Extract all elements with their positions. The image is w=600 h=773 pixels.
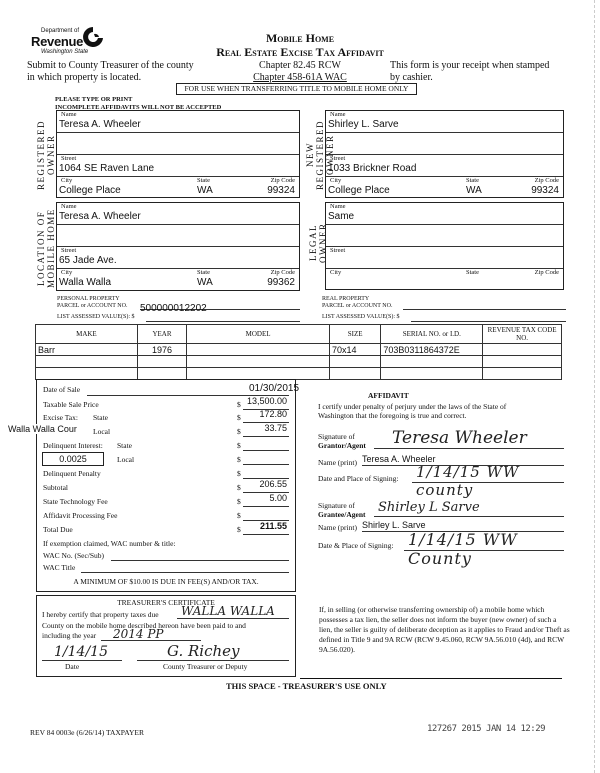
form-title-line2: Real Estate Excise Tax Affidavit xyxy=(180,45,420,60)
col-size: SIZE xyxy=(329,325,380,344)
cell-revenue-code[interactable] xyxy=(483,344,562,356)
minimum-due-note: A MINIMUM OF $10.00 IS DUE IN FEE(S) AND… xyxy=(37,577,295,586)
for-use-banner: FOR USE WHEN TRANSFERRING TITLE TO MOBIL… xyxy=(176,83,417,95)
cell-make[interactable]: Barr xyxy=(36,344,138,356)
col-make: MAKE xyxy=(36,325,138,344)
delinquent-penalty-field[interactable] xyxy=(243,469,289,479)
grantor-signature-label: Signature of Grantor/Agent xyxy=(318,432,366,450)
affidavit-title: AFFIDAVIT xyxy=(368,391,409,400)
registered-owner-box: Name Teresa A. Wheeler Street 1064 SE Ra… xyxy=(56,110,300,198)
delinquent-interest-local-field[interactable] xyxy=(243,455,289,465)
county-name-overlay: Walla Walla Cour xyxy=(8,424,77,434)
grantee-signature-label: Signature of Grantee/Agent xyxy=(318,501,366,519)
grantor-date-field[interactable]: 1/14/15 WW county xyxy=(412,466,564,483)
personal-assessed-label: LIST ASSESSED VALUE(S): $ xyxy=(57,314,135,321)
col-year: YEAR xyxy=(137,325,186,344)
treasurers-certificate-box: TREASURER'S CERTIFICATE I hereby certify… xyxy=(36,595,296,677)
form-id: REV 84 0003e (6/26/14) TAXPAYER xyxy=(30,728,144,737)
location-street[interactable]: 65 Jade Ave. xyxy=(59,255,117,266)
grantor-date-label: Date and Place of Signing: xyxy=(318,474,398,483)
grantor-name-label: Name (print) xyxy=(318,458,357,467)
chapter-references: Chapter 82.45 RCW Chapter 458-61A WAC xyxy=(240,60,360,84)
new-owner-street[interactable]: 1033 Brickner Road xyxy=(328,163,416,174)
location-section-label: LOCATION OFMOBILE HOME xyxy=(36,203,56,293)
personal-property-parcel-field[interactable]: 500000012202 xyxy=(140,298,300,310)
cell-model[interactable] xyxy=(187,356,330,368)
table-row: Barr 1976 70x14 703B0311864372E xyxy=(36,344,562,356)
tax-lien-warning: If, in selling (or otherwise transferrin… xyxy=(319,605,571,655)
registered-owner-street[interactable]: 1064 SE Raven Lane xyxy=(59,163,154,174)
location-name[interactable]: Teresa A. Wheeler xyxy=(59,211,141,222)
excise-local-value[interactable]: 33.75 xyxy=(264,423,287,433)
state-tech-fee-label: State Technology Fee xyxy=(43,497,108,506)
revenue-logo: Department of Revenue Washington State xyxy=(27,26,107,60)
grantor-signature: Teresa Wheeler xyxy=(392,428,527,448)
new-owner-name[interactable]: Shirley L. Sarve xyxy=(328,119,399,130)
exemption-label: If exemption claimed, WAC number & title… xyxy=(43,539,176,548)
subtotal-value[interactable]: 206.55 xyxy=(259,479,287,489)
total-due-label: Total Due xyxy=(43,525,73,534)
grantee-date-label: Date & Place of Signing: xyxy=(318,541,393,550)
table-header-row: MAKE YEAR MODEL SIZE SERIAL NO. or I.D. … xyxy=(36,325,562,344)
cell-model[interactable] xyxy=(187,344,330,356)
location-box: Name Teresa A. Wheeler Street 65 Jade Av… xyxy=(56,202,300,291)
table-row xyxy=(36,368,562,380)
delinquent-penalty-label: Delinquent Penalty xyxy=(43,469,101,478)
treasurer-county-field[interactable]: WALLA WALLA xyxy=(177,607,289,619)
affidavit-certification: I certify under penalty of perjury under… xyxy=(318,402,506,420)
personal-assessed-field[interactable] xyxy=(146,313,300,322)
legal-owner-box: Name Same Street City State Zip Code xyxy=(325,202,564,290)
location-zip[interactable]: 99362 xyxy=(267,277,295,288)
cell-year[interactable]: 1976 xyxy=(137,344,186,356)
table-row xyxy=(36,356,562,368)
total-due-value[interactable]: 211.55 xyxy=(260,521,287,531)
cell-year[interactable] xyxy=(137,356,186,368)
excise-state-label: State xyxy=(93,413,108,422)
cell-make[interactable] xyxy=(36,356,138,368)
registered-owner-state[interactable]: WA xyxy=(197,185,213,196)
registered-owner-section-label: REGISTEREDOWNER xyxy=(36,112,56,198)
location-state[interactable]: WA xyxy=(197,277,213,288)
cell-serial[interactable] xyxy=(381,368,483,380)
scan-edge xyxy=(594,0,596,773)
excise-state-value[interactable]: 172.80 xyxy=(259,409,287,419)
treasurer-signature-field[interactable]: G. Richey xyxy=(137,646,289,661)
cell-revenue-code[interactable] xyxy=(483,356,562,368)
revenue-swirl-icon xyxy=(82,26,104,48)
real-assessed-label: LIST ASSESSED VALUE(S): $ xyxy=(322,314,400,321)
wac-no-label: WAC No. (Sec/Sub) xyxy=(43,551,104,560)
grantee-signature-field[interactable]: Shirley L Sarve xyxy=(374,503,564,517)
treasurer-use-only-label: THIS SPACE - TREASURER'S USE ONLY xyxy=(226,681,387,691)
affidavit-fee-field[interactable] xyxy=(243,511,289,521)
subtotal-label: Subtotal xyxy=(43,483,68,492)
col-model: MODEL xyxy=(187,325,330,344)
cell-size[interactable] xyxy=(329,356,380,368)
new-owner-zip[interactable]: 99324 xyxy=(531,185,559,196)
treasurer-year-field[interactable]: 2014 PP xyxy=(101,631,201,641)
location-city[interactable]: Walla Walla xyxy=(59,277,111,288)
grantee-signature: Shirley L Sarve xyxy=(378,500,480,515)
delinquent-interest-label: Delinquent Interest: xyxy=(43,441,103,450)
affidavit-fee-label: Affidavit Processing Fee xyxy=(43,511,117,520)
treasurer-date-field[interactable]: 1/14/15 xyxy=(42,646,122,661)
new-registered-owner-box: Name Shirley L. Sarve Street 1033 Brickn… xyxy=(325,110,564,198)
taxable-sale-price-label: Taxable Sale Price xyxy=(43,400,99,409)
grantee-date-field[interactable]: 1/14/15 WW County xyxy=(404,534,564,551)
wac-title-field[interactable] xyxy=(81,563,289,573)
col-revenue-code: REVENUE TAX CODE NO. xyxy=(483,325,562,344)
mobile-home-table: MAKE YEAR MODEL SIZE SERIAL NO. or I.D. … xyxy=(35,324,562,380)
grantor-signature-field[interactable]: Teresa Wheeler xyxy=(374,432,564,449)
submit-instructions: Submit to County Treasurer of the county… xyxy=(27,60,194,84)
cell-size[interactable] xyxy=(329,368,380,380)
date-of-sale-label: Date of Sale xyxy=(43,385,80,394)
new-owner-city[interactable]: College Place xyxy=(328,185,390,196)
personal-property-label: PERSONAL PROPERTY PARCEL or ACCOUNT NO. xyxy=(57,296,127,310)
county-rate-box[interactable]: 0.0025 xyxy=(42,452,104,466)
new-owner-state[interactable]: WA xyxy=(466,185,482,196)
registered-owner-zip[interactable]: 99324 xyxy=(267,185,295,196)
cell-make[interactable] xyxy=(36,368,138,380)
tax-calculation-box: Date of Sale 01/30/2015 Taxable Sale Pri… xyxy=(36,379,296,592)
receipt-note: This form is your receipt when stamped b… xyxy=(390,60,549,84)
state-tech-fee-value[interactable]: 5.00 xyxy=(269,493,287,503)
cell-size[interactable]: 70x14 xyxy=(329,344,380,356)
legal-owner-name[interactable]: Same xyxy=(328,211,354,222)
registered-owner-city[interactable]: College Place xyxy=(59,185,121,196)
col-serial: SERIAL NO. or I.D. xyxy=(381,325,483,344)
registered-owner-name[interactable]: Teresa A. Wheeler xyxy=(59,119,141,130)
logo-name: Revenue xyxy=(31,34,83,49)
cell-model[interactable] xyxy=(187,368,330,380)
date-of-sale-field[interactable]: 01/30/2015 xyxy=(87,386,289,396)
cell-serial[interactable]: 703B0311864372E xyxy=(381,344,483,356)
cashier-stamp: 127267 2015 JAN 14 12:29 xyxy=(427,724,545,734)
logo-state: Washington State xyxy=(41,49,88,55)
wac-title-label: WAC Title xyxy=(43,563,75,572)
excise-tax-label: Excise Tax: xyxy=(43,413,78,422)
excise-local-label: Local xyxy=(93,427,110,436)
treasurer-use-divider xyxy=(300,678,562,679)
taxable-sale-price-value[interactable]: 13,500.00 xyxy=(247,396,287,406)
cell-year[interactable] xyxy=(137,368,186,380)
grantee-name-label: Name (print) xyxy=(318,523,357,532)
cell-serial[interactable] xyxy=(381,356,483,368)
real-assessed-field[interactable] xyxy=(411,313,566,322)
real-property-label: REAL PROPERTY PARCEL or ACCOUNT NO. xyxy=(322,296,392,310)
form-title-line1: Mobile Home xyxy=(200,31,400,46)
real-property-parcel-field[interactable] xyxy=(403,298,566,310)
wac-no-field[interactable] xyxy=(111,551,289,561)
cell-revenue-code[interactable] xyxy=(483,368,562,380)
delinquent-interest-state-field[interactable] xyxy=(243,441,289,451)
